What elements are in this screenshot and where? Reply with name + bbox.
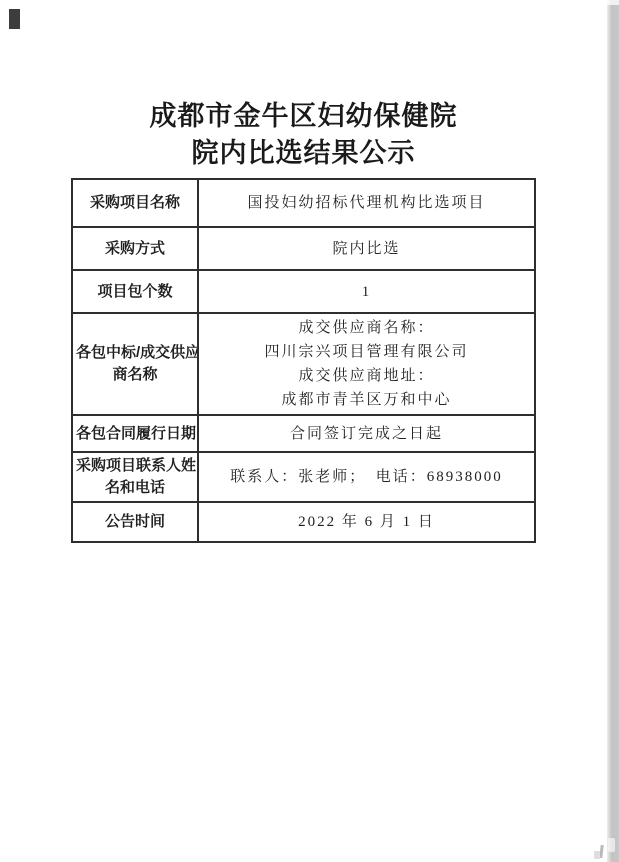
value-line: 联系人：张老师； 电话：68938000	[202, 465, 531, 489]
table-row-procurement-method: 采购方式院内比选	[72, 227, 535, 270]
label-line: 项目包个数	[76, 281, 194, 303]
row-value-package-count: 1	[198, 270, 535, 313]
table-row-winning-supplier: 各包中标/成交供应商名称成交供应商名称：四川宗兴项目管理有限公司成交供应商地址：…	[72, 313, 535, 415]
table-row-package-count: 项目包个数1	[72, 270, 535, 313]
document-page: 成都市金牛区妇幼保健院 院内比选结果公示 采购项目名称国投妇幼招标代理机构比选项…	[0, 0, 607, 862]
table-row-contract-performance-date: 各包合同履行日期合同签订完成之日起	[72, 415, 535, 452]
value-line: 2022 年 6 月 1 日	[202, 510, 531, 534]
table-row-announcement-time: 公告时间2022 年 6 月 1 日	[72, 502, 535, 542]
label-line: 采购项目联系人姓	[76, 455, 194, 477]
row-label-winning-supplier: 各包中标/成交供应商名称	[72, 313, 198, 415]
row-label-announcement-time: 公告时间	[72, 502, 198, 542]
value-line: 四川宗兴项目管理有限公司	[202, 340, 531, 364]
label-line: 名和电话	[76, 477, 194, 499]
row-label-procurement-method: 采购方式	[72, 227, 198, 270]
table-row-contact-person-phone: 采购项目联系人姓名和电话联系人：张老师； 电话：68938000	[72, 452, 535, 502]
bottom-right-artifact	[594, 851, 600, 859]
row-value-procurement-method: 院内比选	[198, 227, 535, 270]
row-label-procurement-project-name: 采购项目名称	[72, 179, 198, 227]
table-row-procurement-project-name: 采购项目名称国投妇幼招标代理机构比选项目	[72, 179, 535, 227]
label-line: 采购项目名称	[76, 192, 194, 214]
row-value-procurement-project-name: 国投妇幼招标代理机构比选项目	[198, 179, 535, 227]
row-label-contact-person-phone: 采购项目联系人姓名和电话	[72, 452, 198, 502]
scrollbar-top-cap	[607, 0, 619, 5]
doc-title-line2: 院内比选结果公示	[0, 135, 607, 172]
value-line: 院内比选	[202, 237, 531, 261]
label-line: 商名称	[76, 364, 194, 386]
row-value-winning-supplier: 成交供应商名称：四川宗兴项目管理有限公司成交供应商地址：成都市青羊区万和中心	[198, 313, 535, 415]
label-line: 各包中标/成交供应	[76, 342, 194, 364]
row-label-contract-performance-date: 各包合同履行日期	[72, 415, 198, 452]
row-value-contact-person-phone: 联系人：张老师； 电话：68938000	[198, 452, 535, 502]
result-table: 采购项目名称国投妇幼招标代理机构比选项目采购方式院内比选项目包个数1各包中标/成…	[71, 178, 536, 543]
value-line: 成都市青羊区万和中心	[202, 388, 531, 412]
value-line: 成交供应商名称：	[202, 316, 531, 340]
value-line: 合同签订完成之日起	[202, 422, 531, 446]
doc-title-line1: 成都市金牛区妇幼保健院	[0, 98, 607, 135]
label-line: 公告时间	[76, 511, 194, 533]
value-line: 国投妇幼招标代理机构比选项目	[202, 191, 531, 215]
row-value-contract-performance-date: 合同签订完成之日起	[198, 415, 535, 452]
row-label-package-count: 项目包个数	[72, 270, 198, 313]
scrollbar-track[interactable]	[607, 0, 619, 862]
scrollbar-bottom-notch	[608, 838, 615, 852]
value-line: 成交供应商地址：	[202, 364, 531, 388]
value-line: 1	[202, 280, 531, 304]
corner-mark	[9, 9, 20, 29]
label-line: 各包合同履行日期	[76, 423, 194, 445]
doc-title: 成都市金牛区妇幼保健院 院内比选结果公示	[0, 98, 607, 172]
row-value-announcement-time: 2022 年 6 月 1 日	[198, 502, 535, 542]
label-line: 采购方式	[76, 238, 194, 260]
